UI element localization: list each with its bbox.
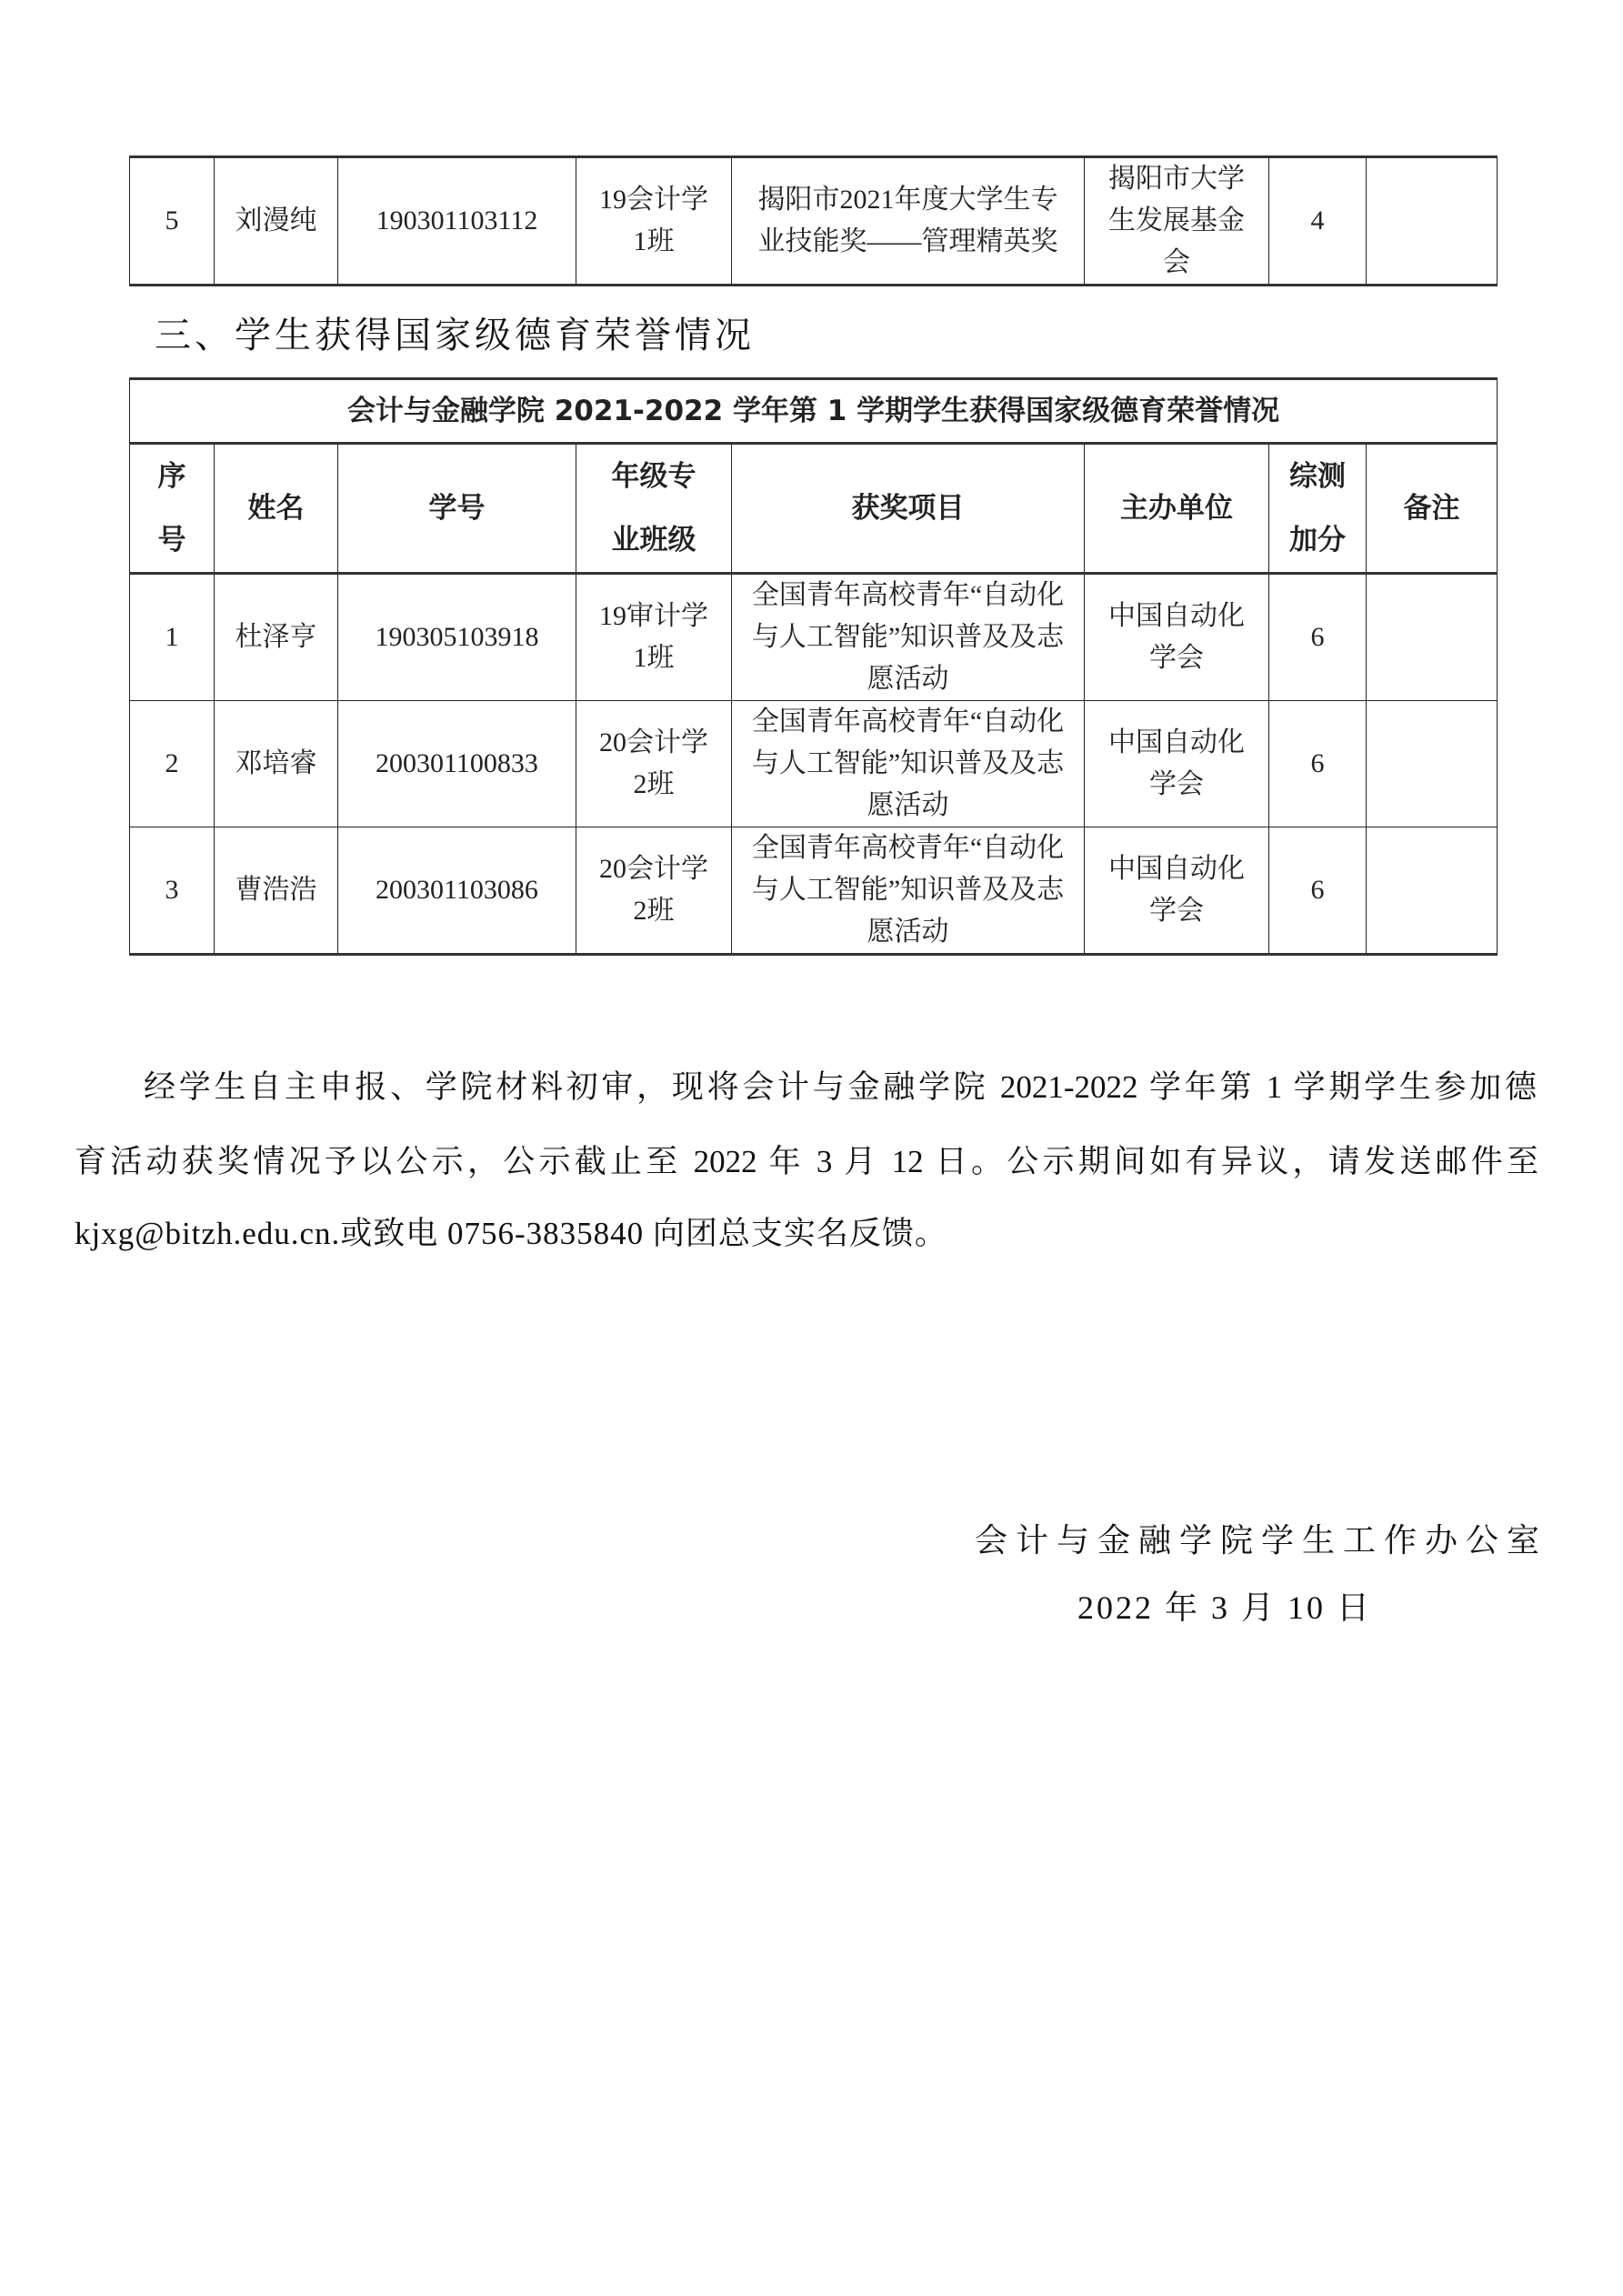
awards-table-continued: 5 刘漫纯 190301103112 19会计学1班 揭阳市2021年度大学生专… — [129, 155, 1498, 286]
cell-award: 揭阳市2021年度大学生专业技能奖——管理精英奖 — [732, 157, 1085, 286]
cell-class: 19会计学1班 — [576, 157, 732, 286]
cell-student-id: 190301103112 — [338, 157, 576, 286]
cell-name: 曹浩浩 — [215, 827, 338, 955]
cell-index: 2 — [130, 701, 215, 827]
notice-line-3: kjxg@bitzh.edu.cn.或致电 0756-3835840 向团总支实… — [75, 1208, 1538, 1254]
notice-line-2: 育活动获奖情况予以公示，公示截止至 2022 年 3 月 12 日。公示期间如有… — [75, 1137, 1538, 1182]
notice-line-1: 经学生自主申报、学院材料初审，现将会计与金融学院 2021-2022 学年第 1… — [144, 1062, 1537, 1108]
table-header-row: 序号 姓名 学号 年级专业班级 获奖项目 主办单位 综测加分 备注 — [130, 444, 1498, 574]
cell-note — [1367, 827, 1498, 955]
cell-index: 1 — [130, 574, 215, 701]
table-row: 5 刘漫纯 190301103112 19会计学1班 揭阳市2021年度大学生专… — [130, 157, 1498, 286]
cell-index: 5 — [130, 157, 215, 286]
cell-name: 邓培睿 — [215, 701, 338, 827]
cell-note — [1367, 157, 1498, 286]
cell-class: 20会计学2班 — [576, 701, 732, 827]
cell-name: 刘漫纯 — [215, 157, 338, 286]
table-title-row: 会计与金融学院 2021-2022 学年第 1 学期学生获得国家级德育荣誉情况 — [130, 379, 1498, 444]
cell-student-id: 200301103086 — [338, 827, 576, 955]
cell-award: 全国青年高校青年“自动化与人工智能”知识普及及志愿活动 — [732, 574, 1085, 701]
table-title: 会计与金融学院 2021-2022 学年第 1 学期学生获得国家级德育荣誉情况 — [130, 379, 1498, 444]
header-organizer: 主办单位 — [1085, 444, 1269, 574]
header-index: 序号 — [130, 444, 215, 574]
header-student-id: 学号 — [338, 444, 576, 574]
cell-award: 全国青年高校青年“自动化与人工智能”知识普及及志愿活动 — [732, 701, 1085, 827]
header-class: 年级专业班级 — [576, 444, 732, 574]
cell-student-id: 190305103918 — [338, 574, 576, 701]
cell-organizer: 中国自动化学会 — [1085, 574, 1269, 701]
header-bonus: 综测加分 — [1269, 444, 1367, 574]
cell-organizer: 中国自动化学会 — [1085, 827, 1269, 955]
signature-date: 2022 年 3 月 10 日 — [1077, 1582, 1372, 1629]
cell-bonus: 6 — [1269, 574, 1367, 701]
cell-student-id: 200301100833 — [338, 701, 576, 827]
table-row: 1 杜泽亨 190305103918 19审计学1班 全国青年高校青年“自动化与… — [130, 574, 1498, 701]
signature-office: 会计与金融学院学生工作办公室 — [975, 1515, 1548, 1561]
header-note: 备注 — [1367, 444, 1498, 574]
table-row: 2 邓培睿 200301100833 20会计学2班 全国青年高校青年“自动化与… — [130, 701, 1498, 827]
cell-organizer: 中国自动化学会 — [1085, 701, 1269, 827]
cell-award: 全国青年高校青年“自动化与人工智能”知识普及及志愿活动 — [732, 827, 1085, 955]
cell-bonus: 4 — [1269, 157, 1367, 286]
header-name: 姓名 — [215, 444, 338, 574]
cell-bonus: 6 — [1269, 827, 1367, 955]
cell-class: 19审计学1班 — [576, 574, 732, 701]
header-award: 获奖项目 — [732, 444, 1085, 574]
cell-name: 杜泽亨 — [215, 574, 338, 701]
cell-note — [1367, 701, 1498, 827]
cell-bonus: 6 — [1269, 701, 1367, 827]
cell-index: 3 — [130, 827, 215, 955]
national-honors-table: 会计与金融学院 2021-2022 学年第 1 学期学生获得国家级德育荣誉情况 … — [129, 377, 1498, 956]
section-heading: 三、学生获得国家级德育荣誉情况 — [155, 306, 755, 358]
cell-organizer: 揭阳市大学生发展基金会 — [1085, 157, 1269, 286]
cell-class: 20会计学2班 — [576, 827, 732, 955]
cell-note — [1367, 574, 1498, 701]
table-row: 3 曹浩浩 200301103086 20会计学2班 全国青年高校青年“自动化与… — [130, 827, 1498, 955]
